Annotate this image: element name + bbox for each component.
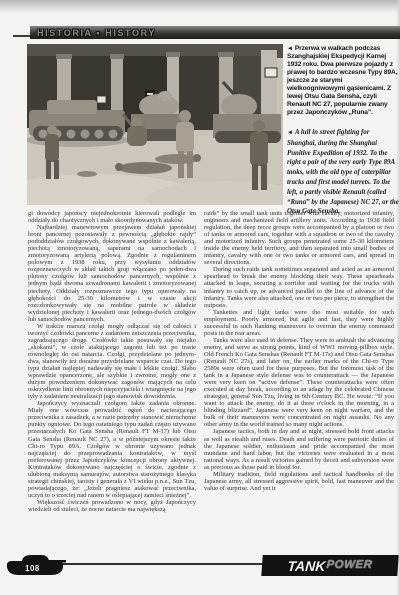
photo-caption-english: ◄A lull in street fighting for Shanghai,…: [287, 128, 399, 217]
article-paragraph: Japanese tactics, both in day and at nig…: [204, 428, 394, 470]
photo-caption-polish-text: Przerwa w walkach podczas Szanghajskiej …: [287, 45, 397, 116]
article-paragraph: gi dowódcy japońscy niejednokrotnie kier…: [28, 210, 196, 224]
article-paragraph: Tankettes and light tanks were the most …: [204, 309, 394, 337]
photo-caption-polish: ◄Przerwa w walkach podczas Szanghajskiej…: [287, 45, 399, 117]
page-number-tank-icon: 108: [6, 551, 66, 577]
scan-edge-top: [0, 0, 400, 14]
street-fighting-photo: [27, 44, 283, 205]
article-paragraph: W trakcie marszu czołgi mogły odłączać s…: [28, 323, 196, 401]
article-column-right: raids” by the small tank units together …: [204, 210, 394, 492]
tankpower-logo: TANKPOWER: [262, 556, 397, 575]
left-arrow-icon: ◄: [287, 130, 293, 136]
logo-tank-text: TANK: [287, 559, 326, 573]
left-arrow-icon: ◄: [287, 46, 293, 52]
header-dash: [13, 35, 31, 37]
article-paragraph: Większość ćwiczeń prowadzono w nocy, gdy…: [28, 499, 196, 513]
article-paragraph: raids” by the small tank units together …: [204, 210, 394, 266]
article-paragraph: During such raids tank sometimes separat…: [204, 266, 394, 308]
section-header-bar: HISTORIA • HISTORY: [30, 26, 400, 39]
section-header-label: HISTORIA • HISTORY: [30, 28, 156, 38]
article-paragraph: Military tradition, field regulations an…: [204, 471, 394, 492]
page-number: 108: [25, 564, 40, 573]
logo-power-text: POWER: [326, 560, 373, 572]
article-paragraph: Tanks were also used in defense. They we…: [204, 337, 394, 429]
article-paragraph: Najbardziej manewrowym przejawem działań…: [28, 224, 196, 323]
photo-caption-english-text: A lull in street fighting for Shanghai, …: [287, 129, 399, 215]
magazine-page: HISTORIA • HISTORY: [0, 0, 400, 595]
article-column-left: gi dowódcy japońscy niejednokrotnie kier…: [28, 210, 196, 513]
photo-captions: ◄Przerwa w walkach podczas Szanghajskiej…: [287, 45, 399, 217]
article-paragraph: Japończycy wyznaczali czołgom także zada…: [28, 400, 196, 499]
